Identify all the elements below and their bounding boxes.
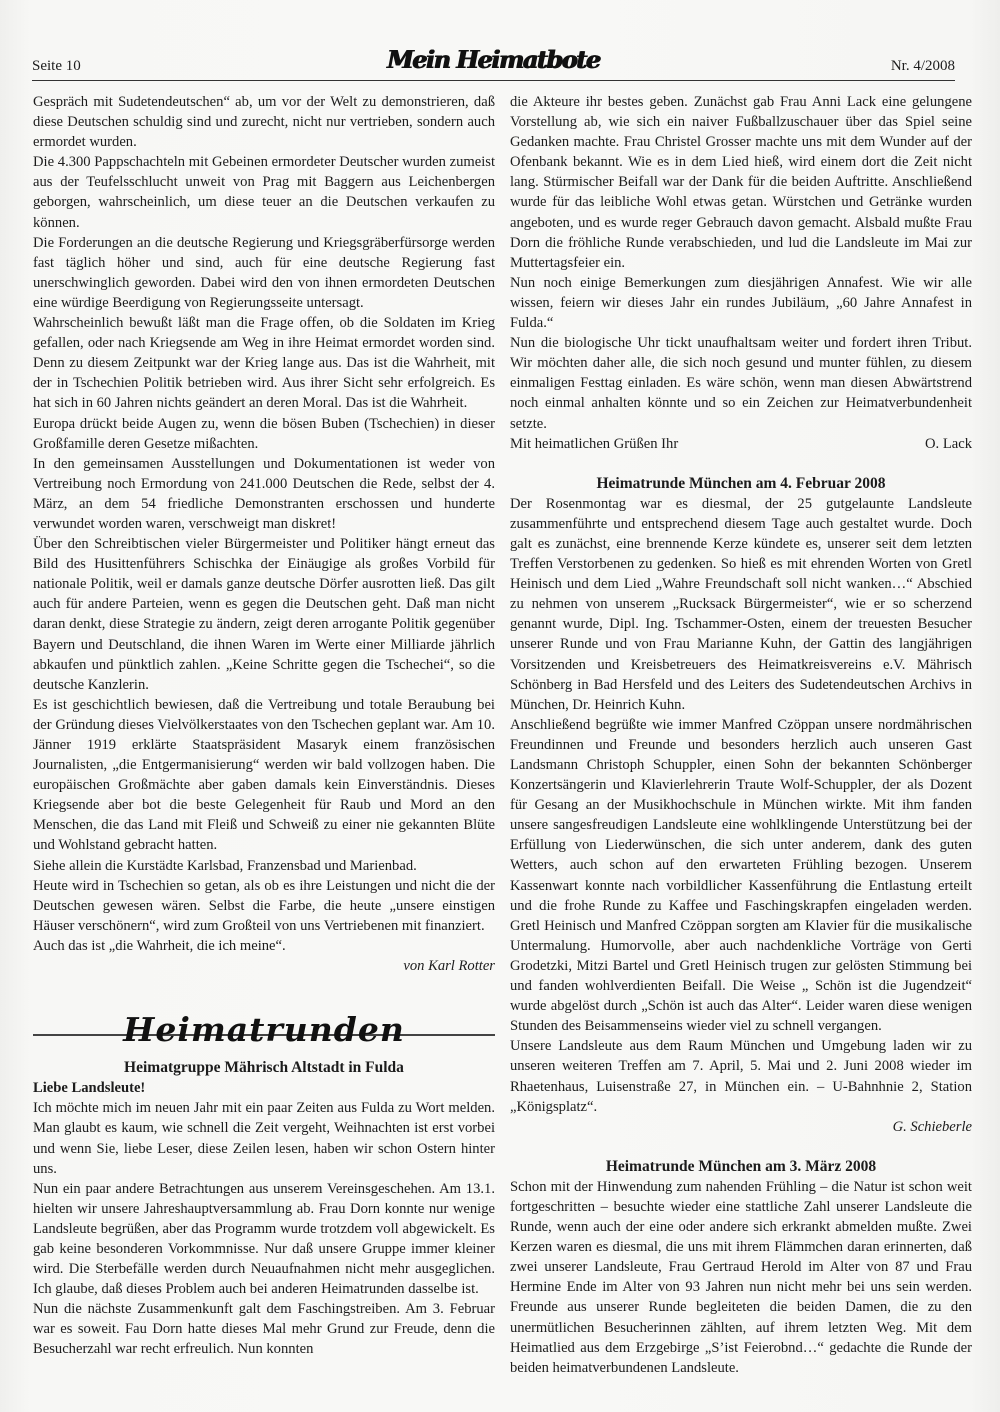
greeting: Liebe Landsleute! <box>33 1078 495 1098</box>
paragraph: Es ist geschichtlich bewiesen, daß die V… <box>33 695 495 856</box>
page-header: Seite 10 Mein Heimatbote Nr. 4/2008 <box>32 28 955 81</box>
section-title: Heimatrunden <box>123 1020 405 1040</box>
page-number: Seite 10 <box>32 58 81 75</box>
article-heading: Heimatgruppe Mährisch Altstadt in Fulda <box>33 1058 495 1078</box>
paragraph: Nun ein paar andere Betrachtungen aus un… <box>33 1179 495 1300</box>
article-karl-rotter: Gespräch mit Sudetendeutschen“ ab, um vo… <box>33 92 495 976</box>
left-column: Gespräch mit Sudetendeutschen“ ab, um vo… <box>33 92 495 1360</box>
article-heading: Heimatrunde München am 4. Februar 2008 <box>510 474 972 494</box>
paragraph: Siehe allein die Kurstädte Karlsbad, Fra… <box>33 856 495 876</box>
paragraph: Ich möchte mich im neuen Jahr mit ein pa… <box>33 1098 495 1178</box>
paragraph: In den gemeinsamen Ausstellungen und Dok… <box>33 454 495 534</box>
newspaper-page: Seite 10 Mein Heimatbote Nr. 4/2008 Gesp… <box>0 0 1000 1412</box>
paragraph: Auch das ist „die Wahrheit, die ich mein… <box>33 936 495 956</box>
article-author: O. Lack <box>925 434 972 454</box>
paragraph: Europa drückt beide Augen zu, wenn die b… <box>33 414 495 454</box>
masthead-logo: Mein Heimatbote <box>387 45 600 74</box>
section-banner: Heimatrunden <box>33 994 495 1036</box>
article-author: G. Schieberle <box>510 1117 972 1137</box>
paragraph: Der Rosenmontag war es diesmal, der 25 g… <box>510 494 972 715</box>
paragraph: Über den Schreibtischen vieler Bürgermei… <box>33 534 495 695</box>
article-author: von Karl Rotter <box>33 956 495 976</box>
closing: Mit heimatlichen Grüßen Ihr <box>510 434 678 454</box>
paragraph: Schon mit der Hinwendung zum nahenden Fr… <box>510 1177 972 1378</box>
paragraph: Gespräch mit Sudetendeutschen“ ab, um vo… <box>33 92 495 152</box>
paragraph: Heute wird in Tschechien so getan, als o… <box>33 876 495 936</box>
article-muenchen-februar: Heimatrunde München am 4. Februar 2008 D… <box>510 474 972 1137</box>
article-fulda: Heimatgruppe Mährisch Altstadt in Fulda … <box>33 1058 495 1359</box>
issue-number: Nr. 4/2008 <box>891 58 955 75</box>
paragraph: Anschließend begrüßte wie immer Manfred … <box>510 715 972 1037</box>
paragraph: Nun noch einige Bemerkungen zum diesjähr… <box>510 273 972 333</box>
paragraph: Die Forderungen an die deutsche Regierun… <box>33 233 495 313</box>
article-heading: Heimatrunde München am 3. März 2008 <box>510 1157 972 1177</box>
paragraph: Nun die biologische Uhr tickt unaufhalts… <box>510 333 972 433</box>
signature-row: Mit heimatlichen Grüßen Ihr O. Lack <box>510 434 972 454</box>
article-fulda-continued: die Akteure ihr bestes geben. Zunächst g… <box>510 92 972 454</box>
paragraph: Die 4.300 Pappschachteln mit Gebeinen er… <box>33 152 495 232</box>
right-column: die Akteure ihr bestes geben. Zunächst g… <box>510 92 972 1378</box>
paragraph: die Akteure ihr bestes geben. Zunächst g… <box>510 92 972 273</box>
paragraph: Wahrscheinlich bewußt läßt man die Frage… <box>33 313 495 413</box>
paragraph: Unsere Landsleute aus dem Raum München u… <box>510 1036 972 1116</box>
article-muenchen-maerz: Heimatrunde München am 3. März 2008 Scho… <box>510 1157 972 1378</box>
paragraph: Nun die nächste Zusammenkunft galt dem F… <box>33 1299 495 1359</box>
